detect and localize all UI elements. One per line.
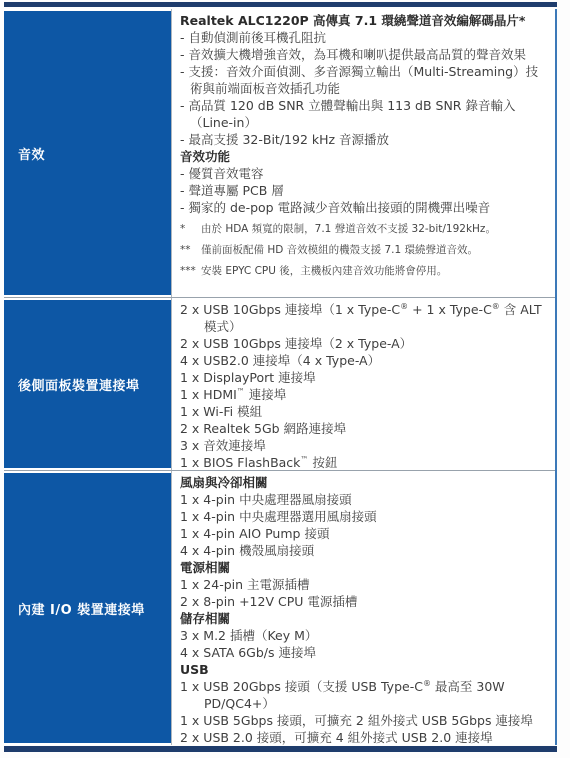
row-label-text: 音效: [18, 144, 45, 163]
spec-item: 1 x BIOS FlashBack™ 按鈕: [180, 454, 547, 470]
row-content-rear-panel-ports: 2 x USB 10Gbps 連接埠（1 x Type-C® + 1 x Typ…: [171, 298, 555, 470]
trademark-mark: ™: [300, 455, 308, 464]
spec-item: 2 x USB 10Gbps 連接埠（2 x Type-A）: [180, 335, 547, 352]
spec-item: 1 x DisplayPort 連接埠: [180, 369, 547, 386]
spec-item: - 自動偵測前後耳機孔阻抗: [180, 29, 547, 46]
registered-mark: ®: [492, 302, 500, 311]
spec-item: 1 x USB 5Gbps 接頭，可擴充 2 組外接式 USB 5Gbps 連接…: [180, 712, 547, 729]
spec-heading: Realtek ALC1220P 高傳真 7.1 環繞聲道音效編解碼晶片*: [180, 12, 547, 29]
spec-item: 1 x USB 20Gbps 接頭（支援 USB Type-C® 最高至 30W…: [180, 678, 547, 712]
row-label-audio: 音效: [4, 11, 171, 295]
registered-mark: ®: [400, 302, 408, 311]
spec-item: - 高品質 120 dB SNR 立體聲輸出與 113 dB SNR 錄音輸入（…: [180, 97, 547, 131]
row-label-text: 後側面板裝置連接埠: [18, 375, 140, 394]
spec-item: 1 x Wi-Fi 模組: [180, 403, 547, 420]
spec-row-internal-io-ports: 內建 I/O 裝置連接埠風扇與冷卻相關1 x 4-pin 中央處理器風扇接頭1 …: [4, 470, 555, 745]
table-bottom-rule: [4, 746, 557, 752]
spec-item: 4 x 4-pin 機殼風扇接頭: [180, 542, 547, 559]
spec-item: 2 x USB 2.0 接頭，可擴充 4 組外接式 USB 2.0 連接埠: [180, 729, 547, 745]
spec-heading: 電源相關: [180, 559, 547, 576]
row-label-rear-panel-ports: 後側面板裝置連接埠: [4, 300, 171, 468]
spec-item: 1 x 4-pin AIO Pump 接頭: [180, 525, 547, 542]
spec-footnote: ***安裝 EPYC CPU 後，主機板內建音效功能將會停用。: [180, 264, 547, 279]
spec-item: 2 x USB 10Gbps 連接埠（1 x Type-C® + 1 x Typ…: [180, 301, 547, 335]
trademark-mark: ™: [237, 387, 245, 396]
spec-item: 1 x 4-pin 中央處理器風扇接頭: [180, 491, 547, 508]
spec-item: 3 x 音效連接埠: [180, 437, 547, 454]
row-label-text: 內建 I/O 裝置連接埠: [18, 599, 145, 618]
row-content-audio: Realtek ALC1220P 高傳真 7.1 環繞聲道音效編解碼晶片*- 自…: [171, 9, 555, 297]
spec-item: 2 x 8-pin +12V CPU 電源插槽: [180, 593, 547, 610]
spec-footnote: *由於 HDA 頻寬的限制，7.1 聲道音效不支援 32-bit/192kHz。: [180, 222, 547, 237]
spec-heading: USB: [180, 661, 547, 678]
spec-item: 4 x SATA 6Gb/s 連接埠: [180, 644, 547, 661]
spec-item: 1 x 24-pin 主電源插槽: [180, 576, 547, 593]
table-top-rule: [4, 2, 557, 7]
spec-item: 1 x HDMI™ 連接埠: [180, 386, 547, 403]
footnote-text: 僅前面板配備 HD 音效模組的機殼支援 7.1 環繞聲道音效。: [201, 243, 547, 258]
spec-row-rear-panel-ports: 後側面板裝置連接埠2 x USB 10Gbps 連接埠（1 x Type-C® …: [4, 297, 555, 470]
spec-item: 4 x USB2.0 連接埠（4 x Type-A）: [180, 352, 547, 369]
spec-item: 3 x M.2 插槽（Key M）: [180, 627, 547, 644]
footnote-marker: *: [180, 222, 201, 237]
spec-item: - 音效擴大機增強音效，為耳機和喇叭提供最高品質的聲音效果: [180, 46, 547, 63]
spec-item: - 聲道專屬 PCB 層: [180, 182, 547, 199]
footnote-text: 由於 HDA 頻寬的限制，7.1 聲道音效不支援 32-bit/192kHz。: [201, 222, 547, 237]
spec-item: - 獨家的 de-pop 電路減少音效輸出接頭的開機彈出噪音: [180, 199, 547, 216]
registered-mark: ®: [423, 679, 431, 688]
spec-item: - 支援：音效介面偵測、多音源獨立輸出（Multi-Streaming）技術與前…: [180, 63, 547, 97]
spec-row-audio: 音效Realtek ALC1220P 高傳真 7.1 環繞聲道音效編解碼晶片*-…: [4, 9, 555, 297]
row-label-internal-io-ports: 內建 I/O 裝置連接埠: [4, 473, 171, 743]
manual-spec-page: 音效Realtek ALC1220P 高傳真 7.1 環繞聲道音效編解碼晶片*-…: [0, 0, 570, 758]
footnote-marker: ***: [180, 264, 201, 279]
spec-item: 2 x Realtek 5Gb 網路連接埠: [180, 420, 547, 437]
spec-heading: 音效功能: [180, 148, 547, 165]
spec-heading: 儲存相關: [180, 610, 547, 627]
spec-item: 1 x 4-pin 中央處理器選用風扇接頭: [180, 508, 547, 525]
row-content-internal-io-ports: 風扇與冷卻相關1 x 4-pin 中央處理器風扇接頭1 x 4-pin 中央處理…: [171, 471, 555, 745]
spec-item: - 最高支援 32-Bit/192 kHz 音源播放: [180, 131, 547, 148]
footnote-marker: **: [180, 243, 201, 258]
spec-footnote: **僅前面板配備 HD 音效模組的機殼支援 7.1 環繞聲道音效。: [180, 243, 547, 258]
spec-heading: 風扇與冷卻相關: [180, 474, 547, 491]
spec-table: 音效Realtek ALC1220P 高傳真 7.1 環繞聲道音效編解碼晶片*-…: [4, 9, 557, 745]
footnote-text: 安裝 EPYC CPU 後，主機板內建音效功能將會停用。: [201, 264, 547, 279]
spec-item: - 優質音效電容: [180, 165, 547, 182]
